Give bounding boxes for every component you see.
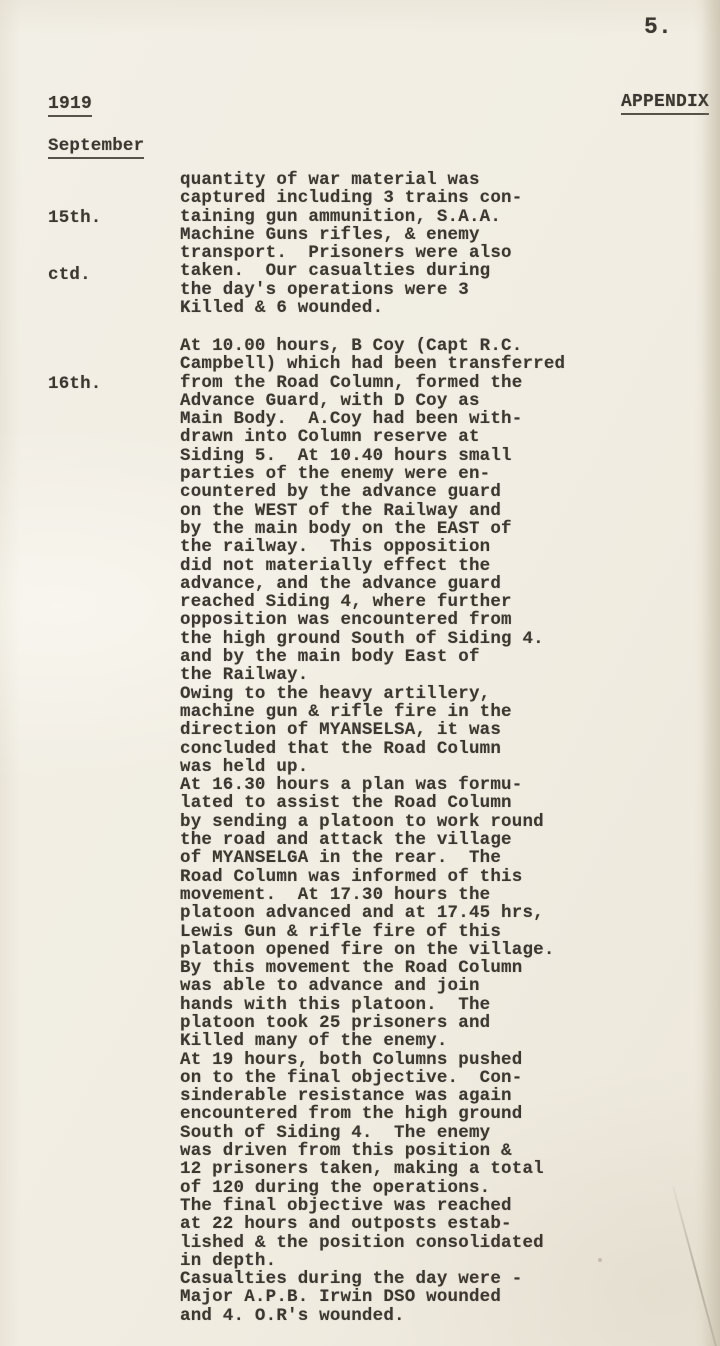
entry-date: 15th.	[48, 209, 178, 228]
diary-entry-15th: 15th. ctd. quantity of war material was …	[0, 171, 720, 323]
entry-date: 16th.	[48, 375, 178, 394]
entry-date-column: 16th.	[48, 337, 178, 470]
entry-date-column: 15th. ctd.	[48, 171, 178, 323]
month-heading: September	[48, 136, 144, 159]
year-heading: 1919	[48, 94, 92, 117]
entry-body-text: At 10.00 hours, B Coy (Capt R.C. Campbel…	[180, 337, 720, 1325]
ink-smudge	[598, 1258, 602, 1262]
page-number: 5.	[644, 14, 672, 40]
entry-body-text: quantity of war material was captured in…	[180, 171, 720, 317]
entry-date-note: ctd.	[48, 266, 178, 285]
appendix-heading: APPENDIX	[621, 92, 709, 115]
scanned-diary-page: 5. 1919 APPENDIX September 15th. ctd. qu…	[0, 0, 720, 1346]
diary-entry-16th: 16th. At 10.00 hours, B Coy (Capt R.C. C…	[0, 337, 720, 1325]
